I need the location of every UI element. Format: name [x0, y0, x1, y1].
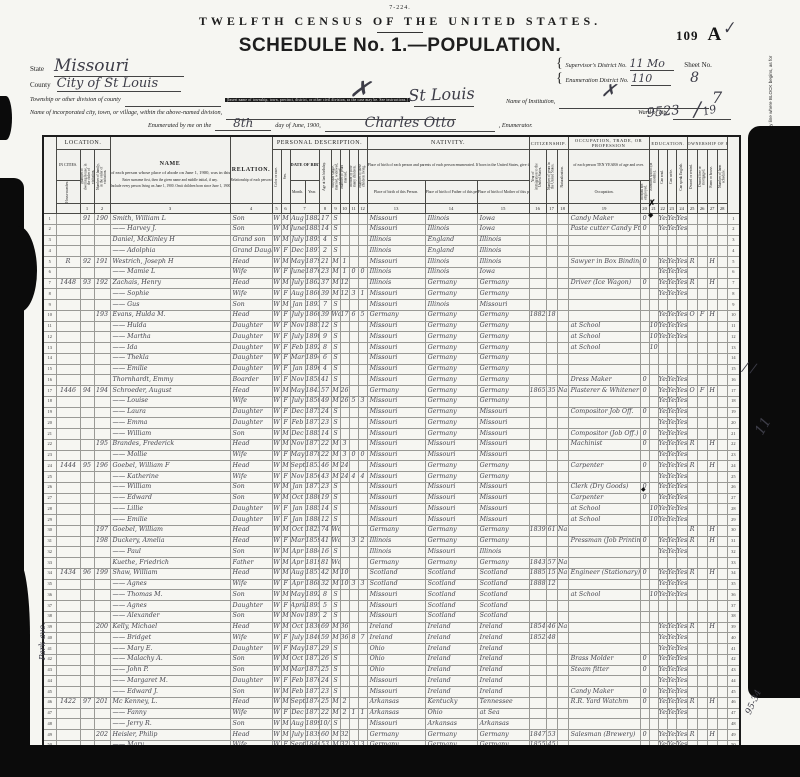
relation: Daughter [230, 418, 272, 429]
immigration-year [529, 697, 546, 708]
in-cities-header: IN CITIES. [56, 150, 80, 181]
line-number-right: 7 [727, 278, 740, 289]
dwelling-number [80, 235, 94, 246]
table-row: 42—— Malachy A.SonWMOct187326SOhioIrelan… [43, 654, 740, 665]
speaks-english: Yes [676, 267, 687, 278]
sex: M [281, 590, 290, 601]
mother-of-children: 3 [349, 289, 358, 300]
birth-month: Feb [290, 418, 305, 429]
age: 8 [319, 343, 331, 354]
birth-month: Feb [290, 343, 305, 354]
relation: Wife [230, 289, 272, 300]
farm-schedule [717, 353, 727, 364]
free-or-mortgaged [697, 300, 707, 311]
house-number [56, 730, 80, 741]
color: W [272, 719, 281, 730]
family-number-header: Number of family, in the order of visita… [94, 150, 110, 204]
owned-or-rented [687, 364, 697, 375]
mother-birthplace: Iowa [477, 224, 529, 235]
months-not-employed [640, 525, 649, 536]
can-read: Yes [658, 214, 667, 225]
can-read: Yes [658, 697, 667, 708]
color: W [272, 235, 281, 246]
can-read: Yes [658, 547, 667, 558]
relation: Son [230, 493, 272, 504]
age: 42 [319, 568, 331, 579]
can-read [658, 364, 667, 375]
birth-month: Sept [290, 697, 305, 708]
mother-birthplace: Missouri [477, 429, 529, 440]
free-or-mortgaged [697, 257, 707, 268]
place-of-birth: Missouri [367, 396, 425, 407]
family-number: 194 [94, 386, 110, 397]
owned-or-rented [687, 611, 697, 622]
occupation: Salesman (Brewery) [568, 730, 640, 741]
free-or-mortgaged [697, 665, 707, 676]
age: 25 [319, 665, 331, 676]
handwritten-mark: Park ave. [38, 622, 47, 660]
line-number: 1 [43, 214, 56, 225]
dwelling-number [80, 525, 94, 536]
can-write-header: Can write. [667, 150, 676, 204]
children-living [358, 321, 367, 332]
column-number: 26 [697, 204, 707, 214]
free-or-mortgaged [697, 611, 707, 622]
color: W [272, 622, 281, 633]
age: 2 [319, 246, 331, 257]
dwelling-number [80, 601, 94, 612]
free-or-mortgaged [697, 547, 707, 558]
column-number: 23 [667, 204, 676, 214]
attended-school [649, 547, 658, 558]
years-married [340, 611, 349, 622]
immigration-year [529, 257, 546, 268]
relation: Head [230, 386, 272, 397]
table-row: 18—— LouiseWifeWFJuly185049M2653Missouri… [43, 396, 740, 407]
father-birthplace: Germany [425, 364, 477, 375]
can-read [658, 343, 667, 354]
months-not-employed: 0 [640, 278, 649, 289]
years-married [340, 224, 349, 235]
occupation [568, 622, 640, 633]
farm-or-house: H [707, 386, 717, 397]
relation: Son [230, 547, 272, 558]
years-in-us [546, 547, 557, 558]
sex: F [281, 536, 290, 547]
handwritten-mark: ✗ [348, 74, 372, 105]
marital-status: S [331, 418, 340, 429]
house-number [56, 654, 80, 665]
birth-year: 1874 [305, 697, 319, 708]
name-header: NAME of each person whose place of abode… [110, 136, 230, 204]
years-married [340, 601, 349, 612]
house-number [56, 633, 80, 644]
stamp-number: 109 [676, 28, 699, 43]
owned-or-rented: R [687, 257, 697, 268]
table-row: 10193Evans, Hulda M.HeadWFJuly186039Wd17… [43, 310, 740, 321]
birth-year: 1879 [305, 257, 319, 268]
line-number: 14 [43, 353, 56, 364]
mother-birthplace: Germany [477, 375, 529, 386]
farm-or-house [707, 504, 717, 515]
place-of-birth: Ireland [367, 622, 425, 633]
birth-month: Oct [290, 525, 305, 536]
name: —— Hulda [110, 321, 230, 332]
months-not-employed: 0 [640, 375, 649, 386]
farm-or-house [707, 343, 717, 354]
naturalization [557, 278, 568, 289]
scan-edge-bottom [0, 745, 800, 777]
years-married: 17 [340, 310, 349, 321]
age: 81 [319, 558, 331, 569]
table-row: 6—— Mamie LWifeWFJune187623M100IllinoisI… [43, 267, 740, 278]
naturalization [557, 364, 568, 375]
months-not-employed [640, 472, 649, 483]
years-married [340, 515, 349, 526]
occupation [568, 300, 640, 311]
owned-or-rented [687, 708, 697, 719]
years-married: 12 [340, 289, 349, 300]
sex: F [281, 418, 290, 429]
can-read [658, 719, 667, 730]
children-living [358, 429, 367, 440]
age: 39 [319, 310, 331, 321]
table-row: 8—— SophieWifeWFAug186039M1231MissouriGe… [43, 289, 740, 300]
birth-year: 1877 [305, 708, 319, 719]
house-number: 1434 [56, 568, 80, 579]
house-number [56, 396, 80, 407]
attended-school [649, 644, 658, 655]
farm-schedule [717, 461, 727, 472]
mother-birthplace: Missouri [477, 515, 529, 526]
sex: M [281, 461, 290, 472]
free-mortgaged-header: Owned free or mortgaged. [697, 150, 707, 204]
father-birthplace: Scotland [425, 568, 477, 579]
speaks-english: Yes [676, 321, 687, 332]
farm-schedule-header: Number of farm schedule. [717, 150, 727, 204]
dwelling-number [80, 644, 94, 655]
father-birthplace: Illinois [425, 257, 477, 268]
birth-year: 1875 [305, 407, 319, 418]
relation-desc: Relationship of each person to the head … [231, 178, 272, 182]
children-living [358, 375, 367, 386]
birth-year: 1885 [305, 429, 319, 440]
attended-school: 10 [649, 590, 658, 601]
can-write: Yes [667, 622, 676, 633]
line-number: 46 [43, 697, 56, 708]
father-birthplace: Illinois [425, 267, 477, 278]
relation: Head [230, 310, 272, 321]
column-number: 13 [367, 204, 425, 214]
birth-year: 1857 [305, 568, 319, 579]
farm-schedule [717, 579, 727, 590]
table-row: 20—— EmmaDaughterWFFeb187723SMissouriGer… [43, 418, 740, 429]
children-living: 4 [358, 472, 367, 483]
name: —— Mary E. [110, 644, 230, 655]
brace-icon: { [556, 56, 563, 71]
attended-school [649, 407, 658, 418]
immigration-year [529, 353, 546, 364]
occupation [568, 472, 640, 483]
marital-status: M [331, 396, 340, 407]
occupation: at School [568, 590, 640, 601]
owned-or-rented [687, 482, 697, 493]
farm-schedule [717, 224, 727, 235]
can-write: Yes [667, 386, 676, 397]
farm-or-house [707, 375, 717, 386]
place-of-birth: Missouri [367, 214, 425, 225]
mother-birthplace: Illinois [477, 246, 529, 257]
birth-year: 1880 [305, 493, 319, 504]
attended-school [649, 246, 658, 257]
marital-status: M [331, 267, 340, 278]
speaks-english: Yes [676, 622, 687, 633]
attended-school [649, 375, 658, 386]
occupation [568, 450, 640, 461]
naturalization: Na [557, 386, 568, 397]
can-read: Yes [658, 407, 667, 418]
line-number: 28 [43, 504, 56, 515]
scan-blot-left [0, 226, 37, 312]
owned-or-rented [687, 396, 697, 407]
father-birthplace: Missouri [425, 439, 477, 450]
line-number: 3 [43, 235, 56, 246]
sex: M [281, 547, 290, 558]
place-of-birth: Missouri [367, 224, 425, 235]
father-birthplace: England [425, 235, 477, 246]
name: —— Adolphia [110, 246, 230, 257]
attended-school [649, 353, 658, 364]
mother-birthplace: Ireland [477, 654, 529, 665]
months-not-employed [640, 289, 649, 300]
table-row: 15—— EmilieDaughterWFJan18964SMissouriGe… [43, 364, 740, 375]
mother-of-children [349, 665, 358, 676]
birth-year: 1853 [305, 461, 319, 472]
color: W [272, 257, 281, 268]
line-number-right: 24 [727, 461, 740, 472]
house-number [56, 676, 80, 687]
birth-year: 1856 [305, 472, 319, 483]
occupation: Dress Maker [568, 375, 640, 386]
house-number [56, 439, 80, 450]
can-write [667, 353, 676, 364]
age: 43 [319, 472, 331, 483]
birth-year: 1890 [305, 332, 319, 343]
years-in-us [546, 665, 557, 676]
dwelling-number [80, 654, 94, 665]
years-in-us [546, 611, 557, 622]
can-read: Yes [658, 687, 667, 698]
can-read: Yes [658, 590, 667, 601]
age: 23 [319, 482, 331, 493]
age: 60 [319, 730, 331, 741]
attended-school [649, 278, 658, 289]
farm-or-house: H [707, 730, 717, 741]
table-row: 37—— AgnesDaughterWFApril18955SMissouriS… [43, 601, 740, 612]
years-married: 10 [340, 579, 349, 590]
line-number: 33 [43, 558, 56, 569]
family-number: 197 [94, 525, 110, 536]
naturalization [557, 590, 568, 601]
birth-month: Aug [290, 214, 305, 225]
age: 21 [319, 257, 331, 268]
relation: Wife [230, 267, 272, 278]
sex: F [281, 579, 290, 590]
can-write: Yes [667, 332, 676, 343]
children-living: 3 [358, 579, 367, 590]
family-number [94, 267, 110, 278]
immigration-year [529, 665, 546, 676]
farm-schedule [717, 267, 727, 278]
name: Zachais, Henry [110, 278, 230, 289]
dwelling-number [80, 224, 94, 235]
attended-school [649, 665, 658, 676]
years-in-us-header: Number of years in the United States. [546, 150, 557, 204]
place-of-birth: Ohio [367, 644, 425, 655]
place-of-birth: Germany [367, 310, 425, 321]
color: W [272, 364, 281, 375]
table-row: 191190Smith, William LSonWMAug188217SMis… [43, 214, 740, 225]
name: —— Edward J. [110, 687, 230, 698]
immigration-year [529, 515, 546, 526]
birth-year: 1896 [305, 364, 319, 375]
immigration-year: 1885 [529, 568, 546, 579]
marital-status: S [331, 364, 340, 375]
farm-or-house: H [707, 257, 717, 268]
place-of-birth: Illinois [367, 278, 425, 289]
sex: M [281, 622, 290, 633]
immigration-year [529, 278, 546, 289]
can-write [667, 719, 676, 730]
supervisors-district-label: Supervisor's District No. [565, 62, 626, 69]
birth-year: 1885 [305, 224, 319, 235]
house-number [56, 525, 80, 536]
father-birthplace: Missouri [425, 493, 477, 504]
table-row: 13—— IdaDaughterWFFeb18928SMissouriGerma… [43, 343, 740, 354]
farm-or-house [707, 493, 717, 504]
free-or-mortgaged [697, 246, 707, 257]
birth-year: 1899 [305, 719, 319, 730]
marital-status: M [331, 289, 340, 300]
table-row: 29—— EmilieDaughterWFJan188812SMissouriM… [43, 515, 740, 526]
children-living [358, 558, 367, 569]
can-write [667, 246, 676, 257]
age: 24 [319, 676, 331, 687]
mother-of-children [349, 353, 358, 364]
years-married: 24 [340, 461, 349, 472]
speaks-english: Yes [676, 730, 687, 741]
mother-of-children-header: Mother of how many children. [349, 150, 358, 204]
mother-birthplace: at Sea [477, 708, 529, 719]
marital-status: M [331, 708, 340, 719]
family-number: 192 [94, 278, 110, 289]
birth-month: July [290, 332, 305, 343]
marital-status: S [331, 676, 340, 687]
can-read: Yes [658, 665, 667, 676]
house-number: 1444 [56, 461, 80, 472]
months-not-employed [640, 622, 649, 633]
attended-school [649, 579, 658, 590]
dwelling-number [80, 719, 94, 730]
immigration-year: 1888 [529, 579, 546, 590]
mother-birthplace: Germany [477, 386, 529, 397]
owned-or-rented [687, 321, 697, 332]
free-or-mortgaged [697, 396, 707, 407]
owned-or-rented: R [687, 461, 697, 472]
can-write [667, 601, 676, 612]
can-write: Yes [667, 504, 676, 515]
can-read-header: Can read. [658, 150, 667, 204]
line-number: 15 [43, 364, 56, 375]
age: 2 [319, 611, 331, 622]
family-number [94, 375, 110, 386]
relation-header: RELATION. Relationship of each person to… [230, 136, 272, 204]
farm-schedule [717, 278, 727, 289]
months-not-employed: 0 [640, 730, 649, 741]
occupation: Compositor Job Off. [568, 407, 640, 418]
farm-schedule [717, 429, 727, 440]
house-number [56, 300, 80, 311]
attended-school [649, 300, 658, 311]
house-number [56, 472, 80, 483]
table-row: 14—— TheklaDaughterWFMar18946SMissouriGe… [43, 353, 740, 364]
years-married [340, 676, 349, 687]
table-row: 16Thornhardt, EmmyBoarderWFNov185841SMis… [43, 375, 740, 386]
mother-birthplace: Arkansas [477, 719, 529, 730]
place-of-birth: Missouri [367, 418, 425, 429]
can-read: Yes [658, 224, 667, 235]
attended-school [649, 235, 658, 246]
dwelling-number [80, 687, 94, 698]
can-write: Yes [667, 730, 676, 741]
owned-or-rented [687, 418, 697, 429]
attended-school [649, 482, 658, 493]
dwelling-number-header: Number of dwelling house, in the order o… [80, 150, 94, 204]
naturalization [557, 310, 568, 321]
years-in-us [546, 300, 557, 311]
farm-or-house [707, 687, 717, 698]
immigration-year [529, 321, 546, 332]
farm-schedule [717, 601, 727, 612]
immigration-year [529, 246, 546, 257]
children-living [358, 246, 367, 257]
occupation [568, 601, 640, 612]
naturalization [557, 536, 568, 547]
farm-schedule [717, 375, 727, 386]
line-number: 16 [43, 375, 56, 386]
years-married [340, 654, 349, 665]
name: —— Ida [110, 343, 230, 354]
place-of-birth: Germany [367, 558, 425, 569]
color: W [272, 730, 281, 741]
farm-schedule [717, 439, 727, 450]
farm-or-house: H [707, 439, 717, 450]
table-row: 9—— GusSonWMJan18937SMissouriIllinoisMis… [43, 300, 740, 311]
mother-birthplace: Germany [477, 321, 529, 332]
relation: Head [230, 278, 272, 289]
relation: Head [230, 461, 272, 472]
table-row: 33Kuethe, FriedrichFatherWMApr181981WdGe… [43, 558, 740, 569]
marital-status: Wd [331, 536, 340, 547]
speaks-english: Yes [676, 687, 687, 698]
farm-schedule [717, 719, 727, 730]
occupation: Candy Maker [568, 214, 640, 225]
speaks-english [676, 719, 687, 730]
family-number [94, 407, 110, 418]
attended-school [649, 719, 658, 730]
column-number: 8 [319, 204, 331, 214]
color: W [272, 214, 281, 225]
